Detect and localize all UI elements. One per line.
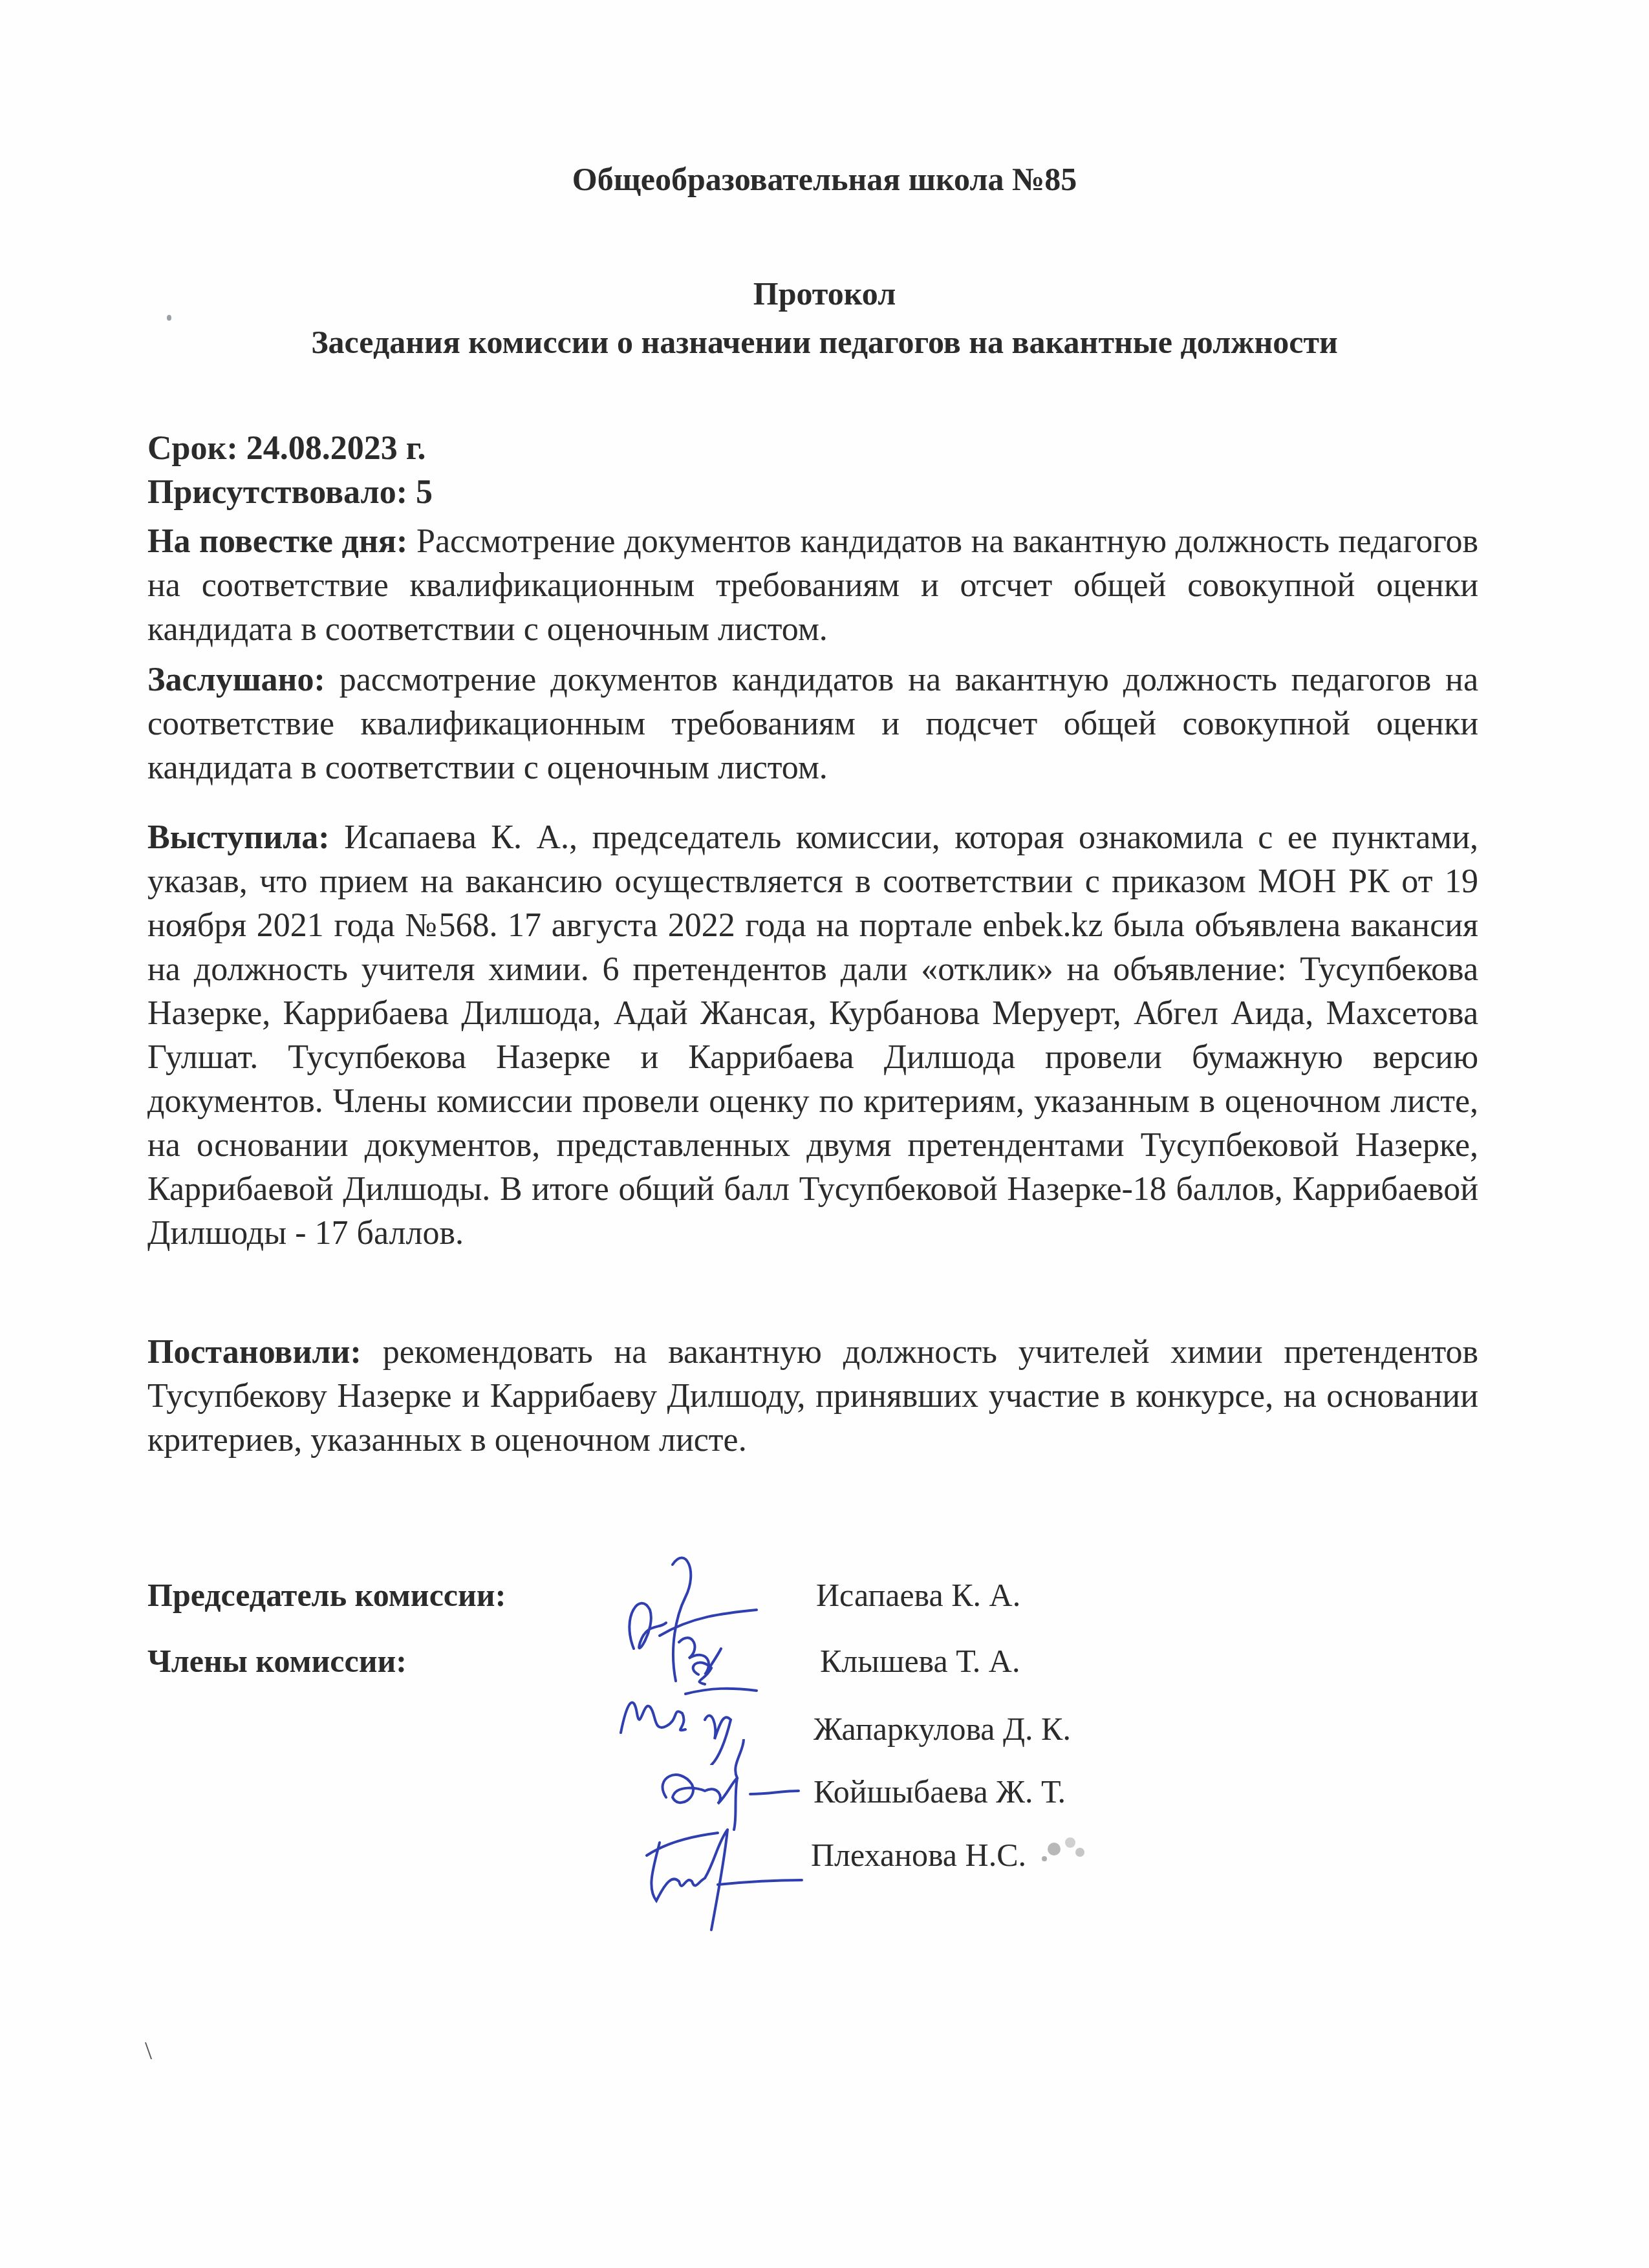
resolution-section: Постановили: рекомендовать на вакантную … — [147, 1331, 1478, 1462]
scan-speck — [167, 315, 171, 321]
members-label: Члены комиссии: — [147, 1642, 407, 1680]
signatory-name: Исапаева К. А. — [816, 1576, 1020, 1614]
resolution-label: Постановили: — [147, 1334, 361, 1371]
chair-label: Председатель комиссии: — [147, 1576, 506, 1614]
document-subject: Заседания комиссии о назначении педагого… — [0, 323, 1649, 361]
meeting-date: Срок: 24.08.2023 г. — [147, 427, 1478, 471]
heard-text: рассмотрение документов кандидатов на ва… — [147, 661, 1478, 786]
signatory-name: Плеханова Н.С. — [811, 1836, 1026, 1874]
agenda-section: На повестке дня: Рассмотрение документов… — [147, 520, 1478, 652]
signatory-name: Койшыбаева Ж. Т. — [814, 1773, 1066, 1810]
speaker-label: Выступила: — [147, 819, 330, 856]
meta-block: Срок: 24.08.2023 г. Присутствовало: 5 — [147, 427, 1478, 515]
agenda-label: На повестке дня: — [147, 523, 407, 560]
member-signature — [621, 1804, 828, 1933]
heard-section: Заслушано: рассмотрение документов канди… — [147, 658, 1478, 790]
speaker-section: Выступила: Исапаева К. А., председатель … — [147, 816, 1478, 1256]
document-page: Общеобразовательная школа №85 Протокол З… — [0, 0, 1649, 2268]
signatory-name: Клышева Т. А. — [820, 1642, 1020, 1680]
speaker-text: Исапаева К. А., председатель комиссии, к… — [147, 819, 1478, 1252]
stamp-smudge — [1035, 1823, 1093, 1868]
heard-label: Заслушано: — [147, 661, 325, 698]
margin-mark: \ — [145, 2035, 152, 2066]
attendance-count: Присутствовало: 5 — [147, 471, 1478, 515]
school-name: Общеобразовательная школа №85 — [0, 160, 1649, 198]
document-title: Протокол — [0, 275, 1649, 312]
signatory-name: Жапаркулова Д. К. — [814, 1710, 1071, 1748]
